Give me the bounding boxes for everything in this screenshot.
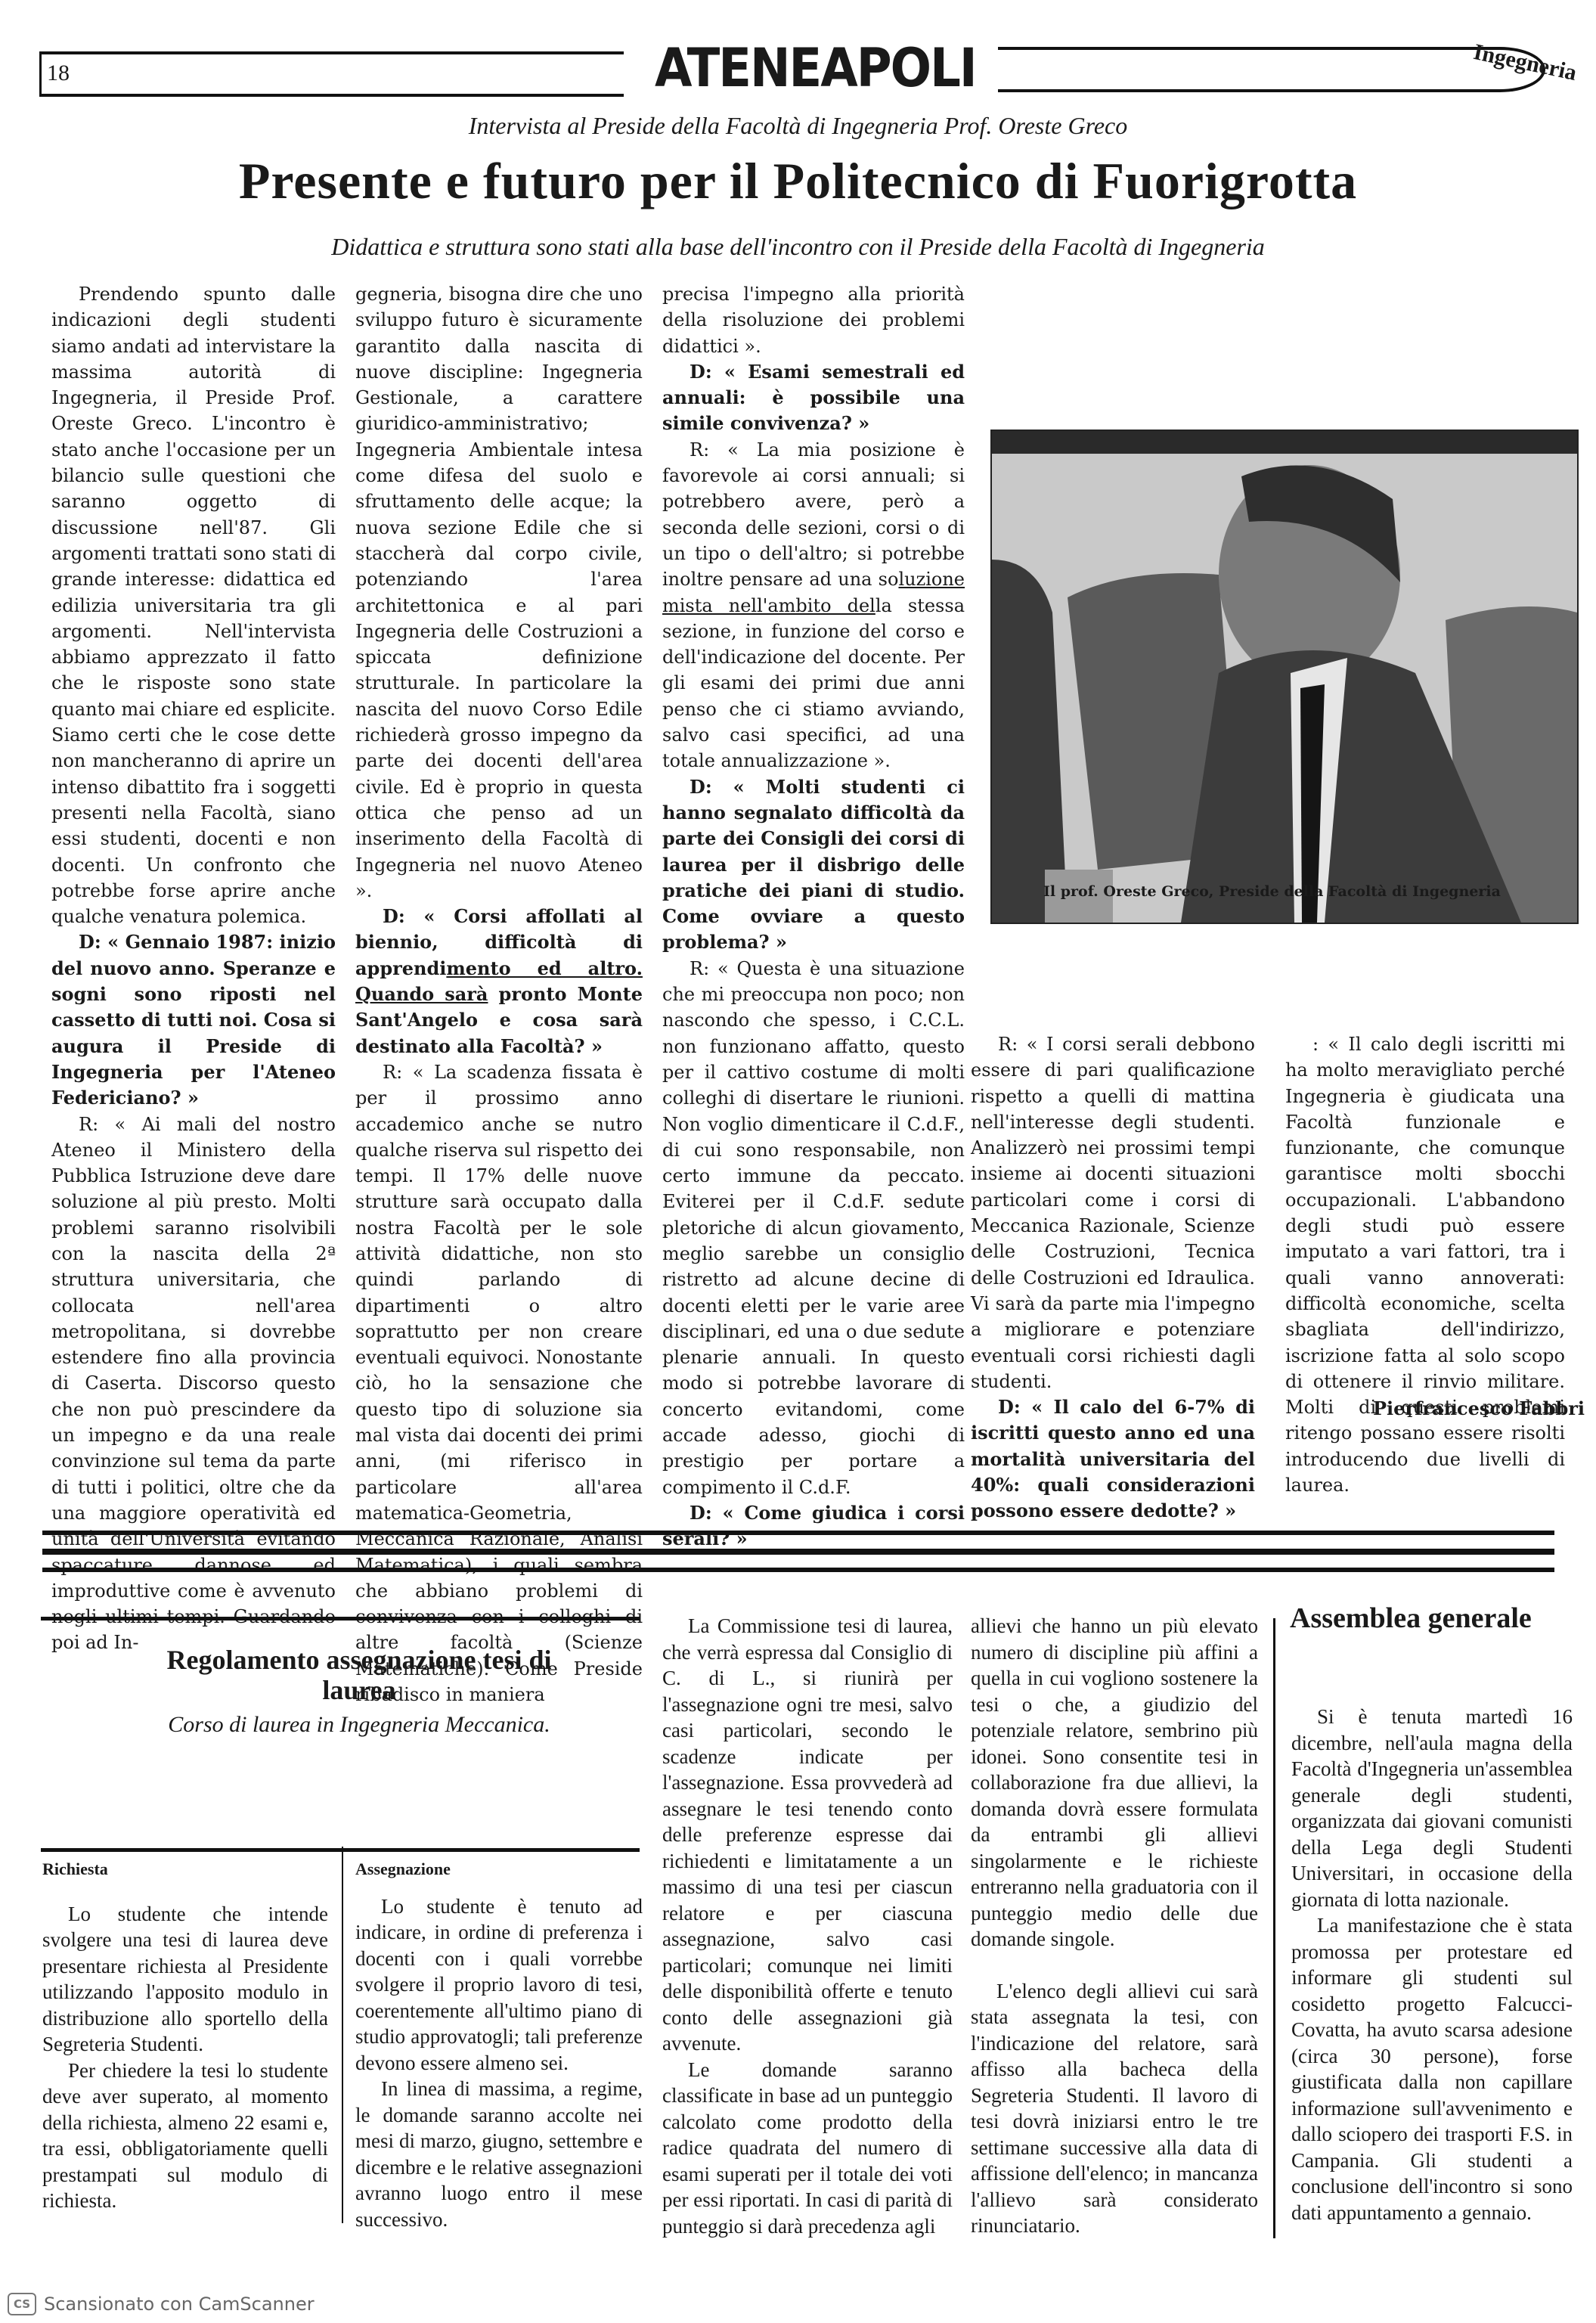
assemblea-paragraph: La manifestazione che è stata promossa p… [1291,1912,1573,2225]
separator-rule [42,1549,1554,1555]
regolamento-title: Regolamento assegnazione tesi di laurea [166,1645,552,1705]
article-column-3: precisa l'impegno alla priorità della ri… [662,281,965,1552]
assemblea-title: Assemblea generale [1290,1602,1532,1635]
photo-caption: Il prof. Oreste Greco, Preside della Fac… [1043,883,1501,900]
answer-3: R: « La mia posizione è favorevole ai co… [662,437,965,774]
column-divider [342,1847,343,2223]
richiesta-paragraph: Per chiedere la tesi lo studente deve av… [42,2058,328,2214]
question-5: D: « Come giudica i corsi serali? » [662,1500,965,1552]
regolamento-paragraph: L'elenco degli allievi cui sarà stata as… [971,1978,1258,2239]
regolamento-column-assegnazione: Assegnazione Lo studente è tenuto ad ind… [355,1856,643,2232]
regolamento-paragraph: La Commissione tesi di laurea, che verrà… [662,1613,953,2057]
question-1: D: « Gennaio 1987: inizio del nuovo anno… [51,929,336,1111]
richiesta-heading: Richiesta [42,1856,328,1883]
question-6: D: « Il calo del 6-7% di iscritti questo… [971,1394,1255,1524]
regolamento-paragraph: Le domande saranno classificate in base … [662,2057,953,2240]
answer-2: R: « La scadenza fissata è per il prossi… [355,1059,643,1707]
answer-4: R: « Questa è una situazione che mi preo… [662,956,965,1500]
article-column-1: Prendendo spunto dalle indicazioni degli… [51,281,336,1656]
article-kicker: Intervista al Preside della Facoltà di I… [0,112,1596,140]
answer-3-part: la stessa sezione, in funzione del corso… [662,595,965,772]
assegnazione-paragraph: Lo studente è tenuto ad indicare, in ord… [355,1893,643,2076]
assemblea-column: Si è tenuta martedì 16 dicembre, nell'au… [1291,1704,1573,2225]
camscanner-icon: CS [8,2293,36,2315]
article-byline: Pierfrancesco Fabbri [1373,1397,1585,1419]
article-subhead: Didattica e struttura sono stati alla ba… [0,233,1596,261]
answer-2-continued: precisa l'impegno alla priorità della ri… [662,281,965,359]
article-column-2: gegneria, bisogna dire che uno sviluppo … [355,281,643,1707]
column-divider [1273,1618,1275,2238]
portrait-illustration [992,431,1577,923]
page-number: 18 [47,60,70,86]
scanner-watermark: CS Scansionato con CamScanner [8,2293,315,2315]
separator-rule [42,1568,1554,1572]
newspaper-logo: ATENEAPOLI [655,38,976,99]
assegnazione-paragraph: In linea di massima, a regime, le domand… [355,2076,643,2232]
answer-1: R: « Ai mali del nostro Ateneo il Minist… [51,1112,336,1656]
article-column-5: : « Il calo degli iscritti mi ha molto m… [1285,1031,1565,1498]
assegnazione-heading: Assegnazione [355,1856,643,1883]
article-headline: Presente e futuro per il Politecnico di … [0,151,1596,211]
richiesta-paragraph: Lo studente che intende svolgere una tes… [42,1901,328,2058]
watermark-text: Scansionato con CamScanner [44,2294,315,2315]
regolamento-subtitle: Corso di laurea in Ingegneria Meccanica. [166,1710,552,1739]
intro-paragraph: Prendendo spunto dalle indicazioni degli… [51,281,336,929]
answer-5: R: « I corsi serali debbono essere di pa… [971,1031,1255,1394]
article-column-4: R: « I corsi serali debbono essere di pa… [971,1031,1255,1524]
question-2: D: « Corsi affollati al biennio, diffico… [355,904,643,1059]
separator-rule [42,1531,1554,1535]
masthead-right-frame [998,47,1545,92]
masthead-left-frame [39,51,624,97]
question-4: D: « Molti studenti ci hanno segnalato d… [662,774,965,956]
assemblea-paragraph: Si è tenuta martedì 16 dicembre, nell'au… [1291,1704,1573,1912]
regolamento-column-richiesta: Richiesta Lo studente che intende svolge… [42,1856,328,2214]
answer-6: : « Il calo degli iscritti mi ha molto m… [1285,1031,1565,1498]
answer-3-part: R: « La mia posizione è favorevole ai co… [662,439,965,590]
regolamento-column-3: La Commissione tesi di laurea, che verrà… [662,1613,953,2239]
portrait-photo [990,430,1579,924]
question-3: D: « Esami semestrali ed annuali: è poss… [662,359,965,437]
box-top-rule [41,1617,640,1621]
regolamento-column-4: allievi che hanno un più elevato numero … [971,1613,1258,2239]
regolamento-paragraph: allievi che hanno un più elevato numero … [971,1613,1258,1952]
box-bottom-rule [41,1848,640,1852]
answer-1-continued: gegneria, bisogna dire che uno sviluppo … [355,281,643,904]
